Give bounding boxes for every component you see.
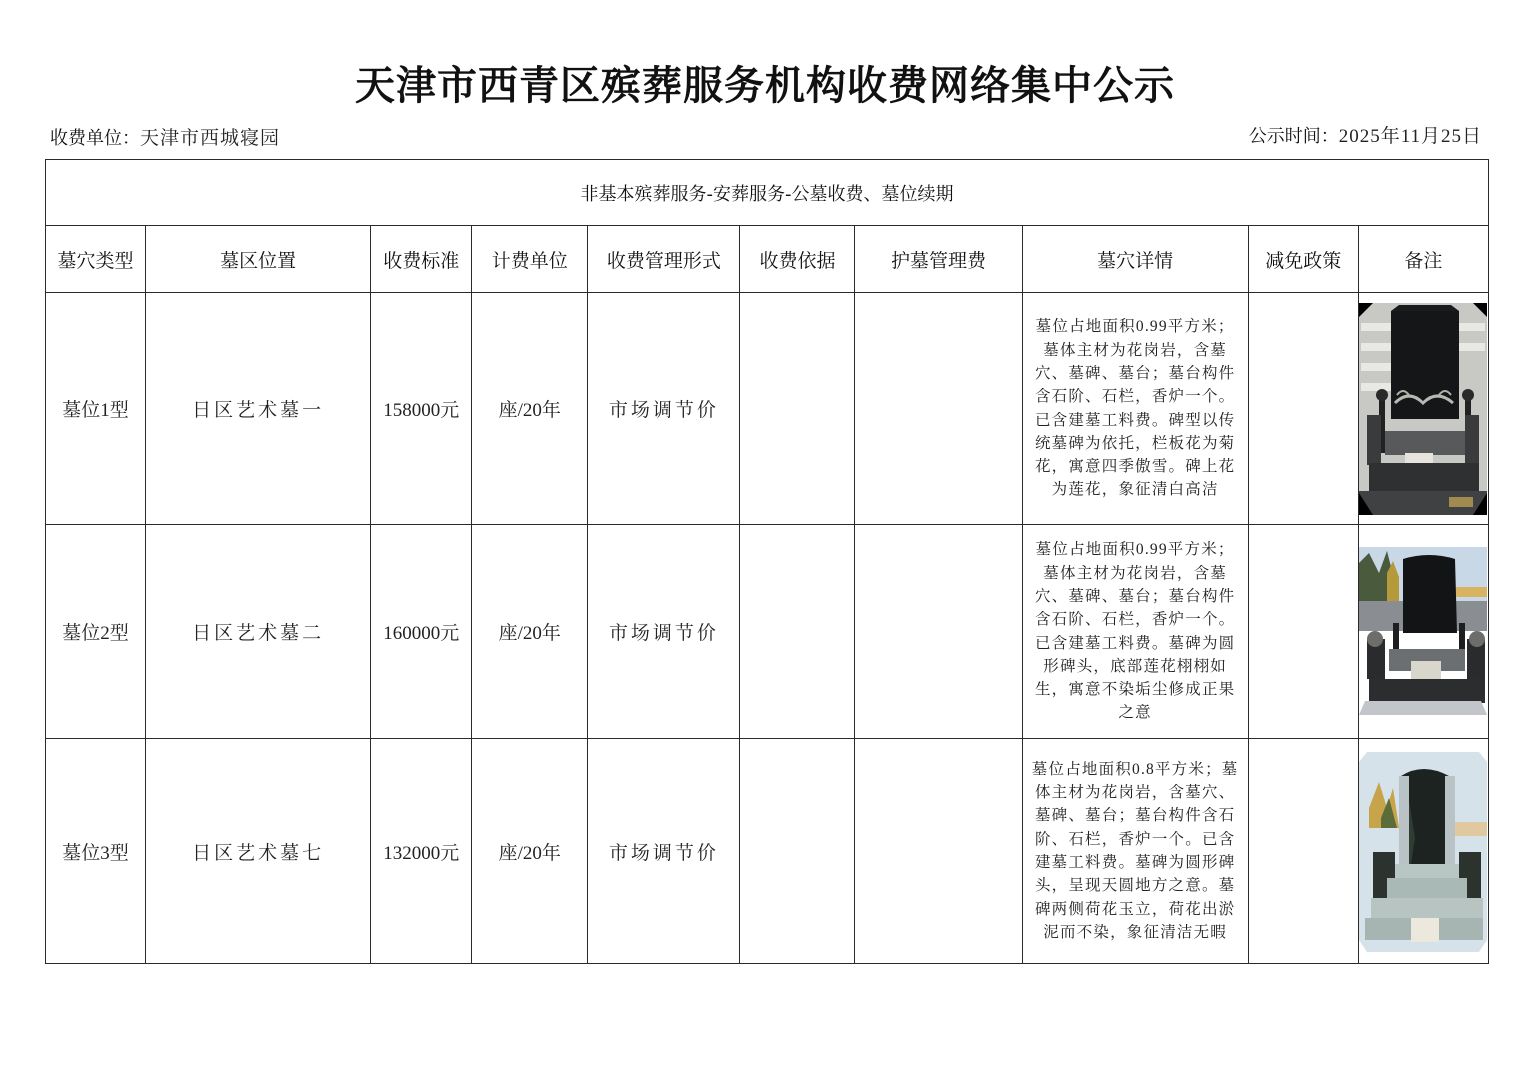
- fee-unit-label: 收费单位：: [50, 128, 140, 149]
- details-cell: 墓位占地面积0.99平方米；墓体主材为花岗岩，含墓穴、墓碑、墓台；墓台构件含石阶…: [1022, 525, 1248, 739]
- management-cell: 市场调节价: [588, 739, 740, 964]
- column-header-remark: 备注: [1358, 226, 1488, 293]
- management-cell: 市场调节价: [588, 525, 740, 739]
- location-cell: 日区艺术墓一: [146, 293, 371, 525]
- table-row: 墓位2型 日区艺术墓二 160000元 座/20年 市场调节价 墓位占地面积0.…: [46, 525, 1489, 739]
- location-cell: 日区艺术墓七: [146, 739, 371, 964]
- care-fee-cell: [855, 293, 1022, 525]
- publish-date-value: 2025年11月25日: [1339, 126, 1482, 147]
- discount-cell: [1248, 525, 1358, 739]
- basis-cell: [740, 293, 855, 525]
- tombstone-photo-2: [1359, 543, 1487, 721]
- basis-cell: [740, 739, 855, 964]
- remark-cell: [1358, 293, 1488, 525]
- column-header-details: 墓穴详情: [1022, 226, 1248, 293]
- details-cell: 墓位占地面积0.99平方米；墓体主材为花岗岩，含墓穴、墓碑、墓台；墓台构件含石阶…: [1022, 293, 1248, 525]
- publish-date: 公示时间：2025年11月25日: [1249, 124, 1482, 150]
- location-cell: 日区艺术墓二: [146, 525, 371, 739]
- basis-cell: [740, 525, 855, 739]
- remark-cell: [1358, 739, 1488, 964]
- tomb-type-cell: 墓位2型: [46, 525, 146, 739]
- tombstone-photo-3: [1359, 748, 1487, 954]
- header-row: 墓穴类型 墓区位置 收费标准 计费单位 收费管理形式 收费依据 护墓管理费 墓穴…: [46, 226, 1489, 293]
- column-header-care-fee: 护墓管理费: [855, 226, 1022, 293]
- column-header-management: 收费管理形式: [588, 226, 740, 293]
- discount-cell: [1248, 293, 1358, 525]
- table-row: 墓位3型 日区艺术墓七 132000元 座/20年 市场调节价 墓位占地面积0.…: [46, 739, 1489, 964]
- column-header-tomb-type: 墓穴类型: [46, 226, 146, 293]
- unit-cell: 座/20年: [472, 739, 588, 964]
- publish-date-label: 公示时间：: [1249, 126, 1339, 147]
- details-cell: 墓位占地面积0.8平方米；墓体主材为花岗岩，含墓穴、墓碑、墓台；墓台构件含石阶、…: [1022, 739, 1248, 964]
- fee-table: 非基本殡葬服务-安葬服务-公墓收费、墓位续期 墓穴类型 墓区位置 收费标准 计费…: [45, 159, 1489, 964]
- column-header-unit: 计费单位: [472, 226, 588, 293]
- price-cell: 160000元: [371, 525, 472, 739]
- fee-unit: 收费单位：天津市西城寝园: [50, 126, 280, 152]
- column-header-location: 墓区位置: [146, 226, 371, 293]
- column-header-basis: 收费依据: [740, 226, 855, 293]
- tomb-type-cell: 墓位1型: [46, 293, 146, 525]
- price-cell: 132000元: [371, 739, 472, 964]
- column-header-discount: 减免政策: [1248, 226, 1358, 293]
- care-fee-cell: [855, 739, 1022, 964]
- care-fee-cell: [855, 525, 1022, 739]
- document-title: 天津市西青区殡葬服务机构收费网络集中公示: [0, 58, 1520, 114]
- unit-cell: 座/20年: [472, 525, 588, 739]
- fee-unit-value: 天津市西城寝园: [140, 128, 280, 149]
- unit-cell: 座/20年: [472, 293, 588, 525]
- remark-cell: [1358, 525, 1488, 739]
- column-header-price: 收费标准: [371, 226, 472, 293]
- tomb-type-cell: 墓位3型: [46, 739, 146, 964]
- price-cell: 158000元: [371, 293, 472, 525]
- management-cell: 市场调节价: [588, 293, 740, 525]
- section-title: 非基本殡葬服务-安葬服务-公墓收费、墓位续期: [46, 160, 1489, 226]
- discount-cell: [1248, 739, 1358, 964]
- tombstone-photo-1: [1359, 303, 1487, 515]
- table-row: 墓位1型 日区艺术墓一 158000元 座/20年 市场调节价 墓位占地面积0.…: [46, 293, 1489, 525]
